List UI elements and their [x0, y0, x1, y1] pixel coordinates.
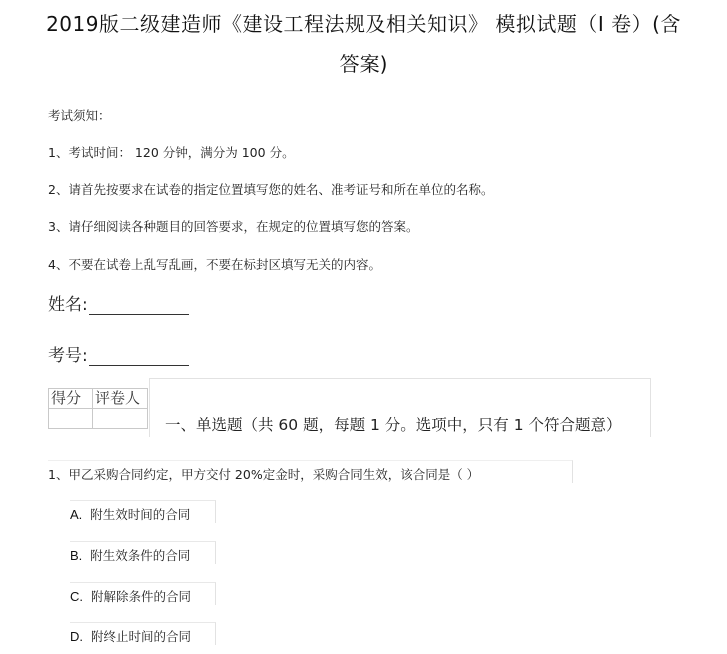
- grader-header: 评卷人: [93, 389, 148, 409]
- notice-heading: 考试须知：: [48, 106, 111, 124]
- name-label: 姓名:: [48, 290, 88, 315]
- score-table-header-row: 得分 评卷人: [49, 389, 148, 409]
- option-d-text: 附终止时间的合同: [91, 629, 191, 644]
- option-c[interactable]: C.附解除条件的合同: [70, 587, 191, 605]
- document-title-line-1: 2019版二级建造师《建设工程法规及相关知识》 模拟试题（I 卷）(含: [0, 8, 727, 37]
- name-blank-line[interactable]: [89, 297, 189, 315]
- exam-number-field-row: 考号:: [48, 341, 189, 366]
- option-a-letter: A.: [70, 507, 82, 522]
- exam-number-blank-line[interactable]: [89, 348, 189, 366]
- option-d[interactable]: D.附终止时间的合同: [70, 627, 191, 645]
- notice-item-4: 4、不要在试卷上乱写乱画，不要在标封区填写无关的内容。: [48, 255, 381, 273]
- option-a[interactable]: A.附生效时间的合同: [70, 505, 190, 523]
- notice-item-1: 1、考试时间： 120 分钟，满分为 100 分。: [48, 143, 295, 161]
- option-c-letter: C.: [70, 589, 83, 604]
- option-b-letter: B.: [70, 548, 82, 563]
- name-field-row: 姓名:: [48, 290, 189, 315]
- grader-value-cell[interactable]: [93, 409, 148, 429]
- option-b-text: 附生效条件的合同: [90, 548, 190, 563]
- option-c-text: 附解除条件的合同: [91, 589, 191, 604]
- option-a-text: 附生效时间的合同: [90, 507, 190, 522]
- exam-number-label: 考号:: [48, 341, 88, 366]
- section-title: 一、单选题（共 60 题，每题 1 分。选项中，只有 1 个符合题意）: [165, 413, 622, 435]
- score-header: 得分: [49, 389, 93, 409]
- notice-item-3: 3、请仔细阅读各种题目的回答要求，在规定的位置填写您的答案。: [48, 217, 418, 235]
- notice-item-2: 2、请首先按要求在试卷的指定位置填写您的姓名、准考证号和所在单位的名称。: [48, 180, 493, 198]
- score-table: 得分 评卷人: [48, 388, 148, 429]
- score-value-cell[interactable]: [49, 409, 93, 429]
- score-table-value-row: [49, 409, 148, 429]
- option-d-letter: D.: [70, 629, 83, 644]
- option-b[interactable]: B.附生效条件的合同: [70, 546, 190, 564]
- document-title-line-2: 答案): [0, 48, 727, 77]
- question-1-text: 1、甲乙采购合同约定，甲方交付 20%定金时，采购合同生效，该合同是（ ）: [48, 465, 479, 483]
